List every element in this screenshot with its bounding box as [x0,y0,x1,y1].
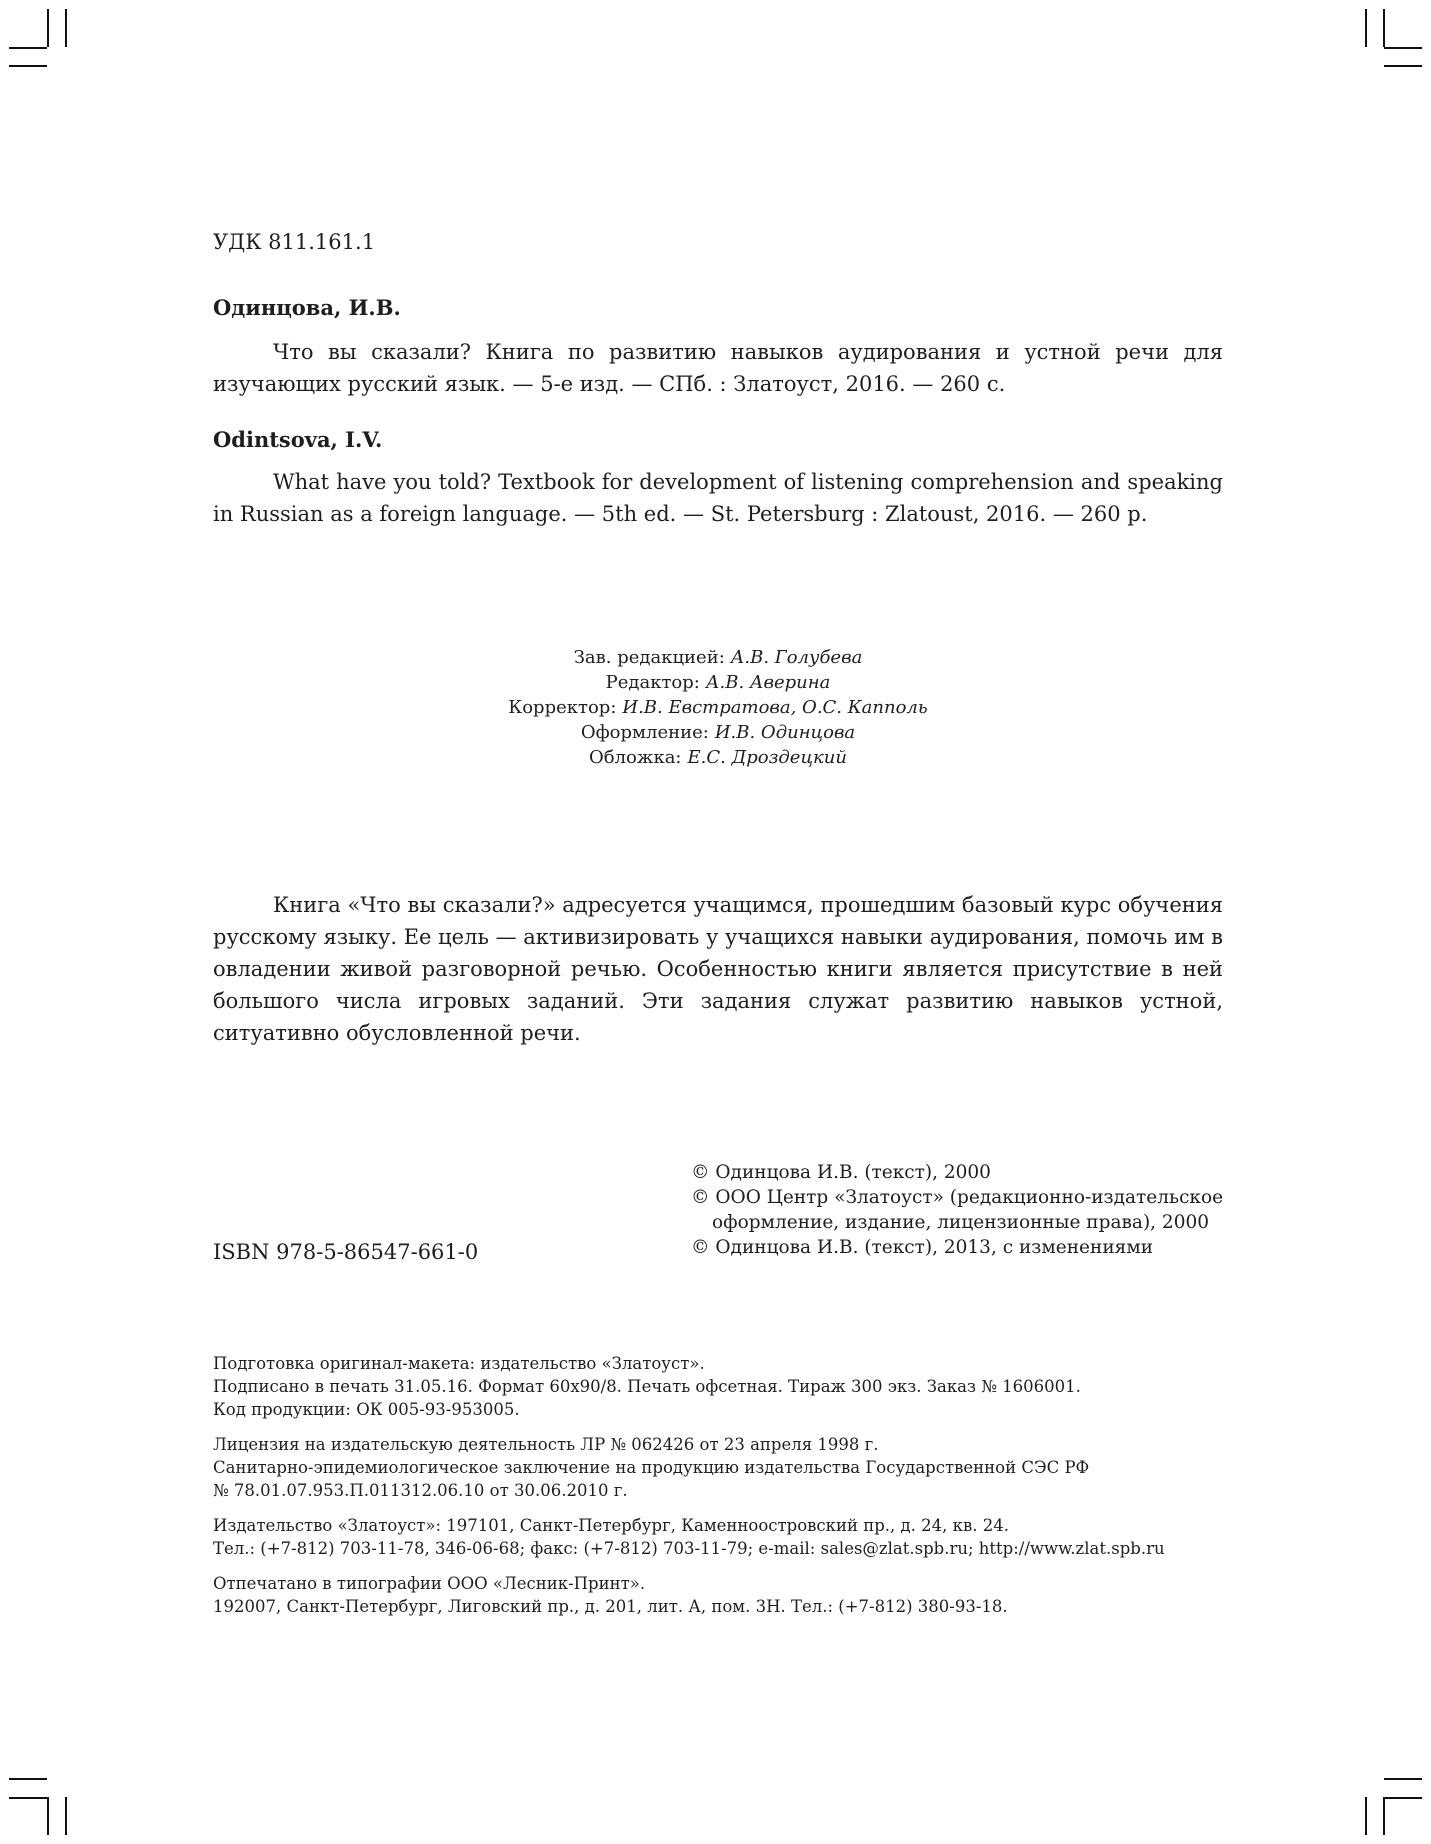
credit-role: Корректор: [508,697,616,718]
credit-line: Редактор:А.В. Аверина [213,670,1223,695]
imprint-line: Подготовка оригинал-макета: издательство… [213,1352,1233,1375]
crop-line [9,1797,47,1799]
imprint-line: 192007, Санкт-Петербург, Лиговский пр., … [213,1595,1233,1618]
en-author: Odintsova, I.V. [213,424,1223,456]
crop-line [47,1797,49,1835]
imprint-line: Тел.: (+7-812) 703-11-78, 346-06-68; фак… [213,1537,1233,1560]
imprint-line: Отпечатано в типографии ООО «Лесник-Прин… [213,1572,1233,1595]
crop-line [1365,1797,1367,1835]
crop-line [9,65,47,67]
imprint-line: № 78.01.07.953.П.011312.06.10 от 30.06.2… [213,1479,1233,1502]
credit-role: Редактор: [606,672,700,693]
udk-code: УДК 811.161.1 [213,226,1223,258]
crop-line [47,9,49,47]
imprint-line: Издательство «Златоуст»: 197101, Санкт-П… [213,1514,1233,1537]
crop-line [1365,9,1367,47]
credit-line: Обложка:Е.С. Дроздецкий [213,745,1223,770]
crop-line [1384,47,1422,49]
imprint-block-printer: Отпечатано в типографии ООО «Лесник-Прин… [213,1572,1233,1618]
crop-line [1384,1778,1422,1780]
crop-line [9,47,47,49]
imprint: Подготовка оригинал-макета: издательство… [213,1352,1233,1630]
imprint-line: Подписано в печать 31.05.16. Формат 60х9… [213,1375,1233,1398]
crop-line [1384,65,1422,67]
imprint-line: Санитарно-эпидемиологическое заключение … [213,1456,1233,1479]
copyright-line: © ООО Центр «Златоуст» (редакционно-изда… [691,1185,1231,1210]
crop-line [1384,1797,1422,1799]
credit-name: Е.С. Дроздецкий [688,747,847,768]
credit-name: А.В. Голубева [731,647,863,668]
credit-line: Корректор:И.В. Евстратова, О.С. Капполь [213,695,1223,720]
crop-line [1383,9,1385,47]
credit-name: А.В. Аверина [706,672,831,693]
credit-name: И.В. Одинцова [715,722,855,743]
crop-line [9,1778,47,1780]
credit-role: Зав. редакцией: [574,647,725,668]
copyright-line: оформление, издание, лицензионные права)… [691,1210,1231,1235]
crop-line [65,1797,67,1835]
credits-list: Зав. редакцией:А.В. Голубева Редактор:А.… [213,645,1223,770]
imprint-block-publisher: Издательство «Златоуст»: 197101, Санкт-П… [213,1514,1233,1560]
credit-line: Зав. редакцией:А.В. Голубева [213,645,1223,670]
credit-role: Обложка: [589,747,681,768]
imprint-block-print: Подготовка оригинал-макета: издательство… [213,1352,1233,1421]
copyright-line: © Одинцова И.В. (текст), 2000 [691,1160,1231,1185]
imprint-block-license: Лицензия на издательскую деятельность ЛР… [213,1433,1233,1502]
imprint-line: Код продукции: ОК 005-93-953005. [213,1398,1233,1421]
ru-description: Что вы сказали? Книга по развитию навыко… [213,336,1223,400]
en-description: What have you told? Textbook for develop… [213,466,1223,530]
credit-name: И.В. Евстратова, О.С. Капполь [622,697,927,718]
credit-role: Оформление: [581,722,709,743]
isbn: ISBN 978-5-86547-661-0 [213,1236,1223,1268]
crop-line [65,9,67,47]
credit-line: Оформление:И.В. Одинцова [213,720,1223,745]
crop-line [1383,1797,1385,1835]
abstract-paragraph: Книга «Что вы сказали?» адресуется учащи… [213,889,1223,1049]
ru-author: Одинцова, И.В. [213,292,1223,324]
imprint-line: Лицензия на издательскую деятельность ЛР… [213,1433,1233,1456]
